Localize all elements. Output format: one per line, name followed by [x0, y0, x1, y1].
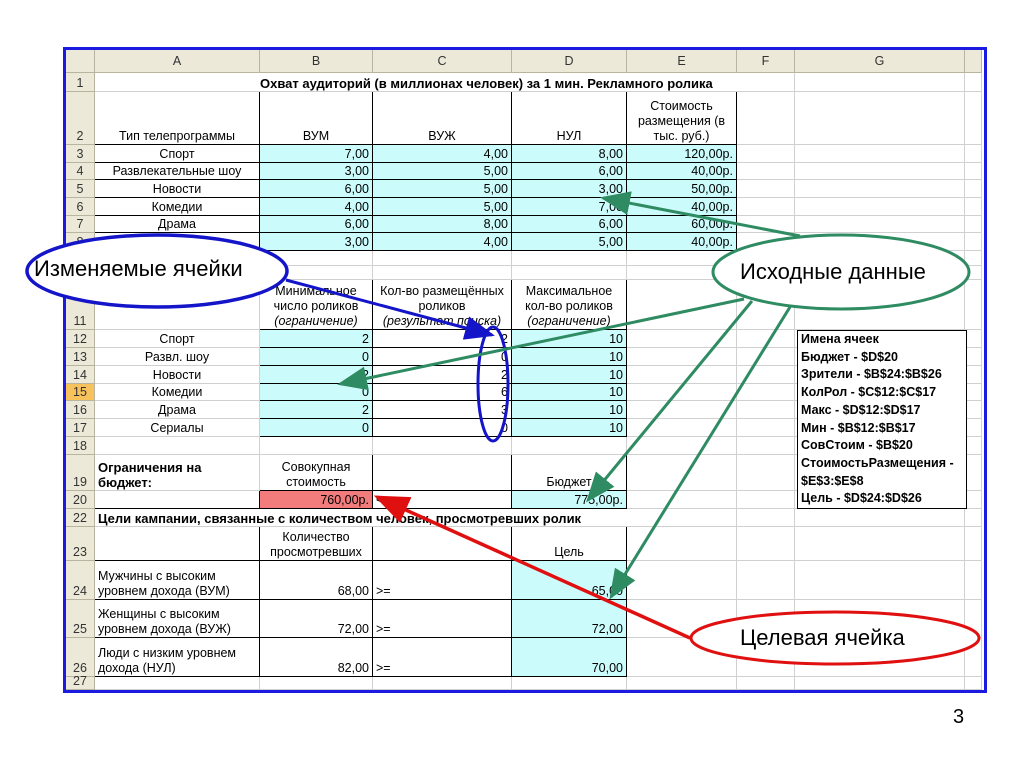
cell-e[interactable] — [627, 561, 737, 600]
cell-h[interactable] — [965, 509, 982, 527]
select-all-corner[interactable] — [66, 50, 95, 73]
cell-text-line: просмотревших — [263, 545, 369, 560]
goal-value[interactable]: 70,00 — [512, 638, 627, 677]
max-ads-cell[interactable]: 10 — [512, 366, 627, 384]
column-header-a[interactable]: A — [95, 50, 260, 73]
column-header-d[interactable]: D — [512, 50, 627, 73]
cell-c19[interactable] — [373, 455, 512, 491]
row-header-3[interactable]: 3 — [66, 145, 95, 163]
cell-h[interactable] — [965, 266, 982, 280]
vum-cell[interactable]: 6,00 — [260, 180, 373, 198]
cell-text-line: (ограничение) — [263, 314, 369, 329]
max-ads-cell[interactable]: 10 — [512, 348, 627, 366]
row-header-26[interactable]: 26 — [66, 638, 95, 677]
min-ads-cell[interactable]: 2 — [260, 330, 373, 348]
vuzh-cell[interactable]: 4,00 — [373, 145, 512, 163]
row-header-16[interactable]: 16 — [66, 401, 95, 419]
cell-a20[interactable] — [95, 491, 260, 509]
cell-text-line: Кол-во размещённых — [376, 284, 508, 299]
total-cost-value[interactable]: 760,00р. — [260, 491, 373, 509]
cell-e[interactable] — [627, 638, 737, 677]
row-header-27[interactable]: 27 — [66, 677, 95, 690]
cell-e[interactable] — [627, 677, 737, 690]
cell-g[interactable] — [795, 180, 965, 198]
cost-cell[interactable]: 60,00р. — [627, 216, 737, 233]
cell-f[interactable] — [737, 73, 795, 92]
cell-text-line: Люди с низким уровнем — [98, 646, 256, 661]
cell-h[interactable] — [965, 677, 982, 690]
row-header-4[interactable]: 4 — [66, 163, 95, 180]
cell-g[interactable] — [795, 145, 965, 163]
ads-program-type-cell[interactable]: Развл. шоу — [95, 348, 260, 366]
nul-cell[interactable]: 8,00 — [512, 145, 627, 163]
total-cost-label[interactable]: Совокупнаястоимость — [260, 455, 373, 491]
placed-ads-cell[interactable]: 0 — [373, 348, 512, 366]
program-type-cell[interactable]: Драма — [95, 216, 260, 233]
nul-cell[interactable]: 5,00 — [512, 233, 627, 251]
cell-f[interactable] — [737, 491, 795, 509]
cell-name-entry: Бюджет - $D$20 — [798, 349, 966, 367]
cell-h[interactable] — [965, 419, 982, 437]
cell-text-line: кол-во роликов — [515, 299, 623, 314]
program-type-cell[interactable]: Спорт — [95, 145, 260, 163]
cell-e[interactable] — [627, 266, 737, 280]
ads-program-type-cell[interactable]: Новости — [95, 366, 260, 384]
cell-f[interactable] — [737, 163, 795, 180]
target-cell-label: Целевая ячейка — [740, 625, 905, 651]
row-header-18[interactable]: 18 — [66, 437, 95, 455]
budget-label[interactable]: Бюджет — [512, 455, 627, 491]
cell-e[interactable] — [627, 527, 737, 561]
ads-program-type-cell[interactable]: Спорт — [95, 330, 260, 348]
cell-text-line: Ограничения на — [98, 460, 256, 475]
header-nul[interactable]: НУЛ — [512, 92, 627, 145]
cell-d[interactable] — [512, 437, 627, 455]
cell-d[interactable] — [512, 266, 627, 280]
cell-text-line: (ограничение) — [515, 314, 623, 329]
cell-g[interactable] — [795, 280, 965, 330]
cell-h[interactable] — [965, 401, 982, 419]
cell-name-entry: СтоимостьРазмещения - — [798, 455, 966, 473]
goal-value[interactable]: 65,00 — [512, 561, 627, 600]
cell-name-entry: Макс - $D$12:$D$17 — [798, 402, 966, 420]
cell-e[interactable] — [627, 419, 737, 437]
vum-cell[interactable]: 6,00 — [260, 216, 373, 233]
cell-f[interactable] — [737, 280, 795, 330]
cell-g[interactable] — [795, 509, 965, 527]
ads-program-type-cell[interactable]: Драма — [95, 401, 260, 419]
cell-f[interactable] — [737, 233, 795, 251]
goal-operator[interactable]: >= — [373, 561, 512, 600]
cell-b[interactable] — [260, 266, 373, 280]
cell-f[interactable] — [737, 384, 795, 401]
cell-e[interactable] — [627, 348, 737, 366]
cell-g[interactable] — [795, 198, 965, 216]
row-header-25[interactable]: 25 — [66, 600, 95, 638]
row-header-2[interactable]: 2 — [66, 92, 95, 145]
cell-e[interactable] — [627, 251, 737, 266]
cell-f[interactable] — [737, 509, 795, 527]
column-header-f[interactable]: F — [737, 50, 795, 73]
min-ads-cell[interactable]: 2 — [260, 401, 373, 419]
changeable-cells-label: Изменяемые ячейки — [34, 256, 243, 282]
cell-h[interactable] — [965, 198, 982, 216]
cell-h[interactable] — [965, 561, 982, 600]
row-header-12[interactable]: 12 — [66, 330, 95, 348]
cost-cell[interactable]: 40,00р. — [627, 163, 737, 180]
max-ads-cell[interactable]: 10 — [512, 330, 627, 348]
goal-operator[interactable]: >= — [373, 638, 512, 677]
audience-segment-label[interactable]: Люди с низким уровнемдохода (НУЛ) — [95, 638, 260, 677]
ads-program-type-cell[interactable]: Комедии — [95, 384, 260, 401]
vum-cell[interactable]: 4,00 — [260, 198, 373, 216]
cell-b[interactable] — [260, 251, 373, 266]
cell-f[interactable] — [737, 145, 795, 163]
program-type-cell[interactable] — [95, 233, 260, 251]
cell-text-line: тыс. руб.) — [630, 129, 733, 144]
cell-text-line: роликов — [376, 299, 508, 314]
program-type-cell[interactable]: Комедии — [95, 198, 260, 216]
cell-g[interactable] — [795, 73, 965, 92]
cell-g[interactable] — [795, 216, 965, 233]
cell-c[interactable] — [373, 251, 512, 266]
cell-text-line: уровнем дохода (ВУЖ) — [98, 622, 256, 637]
cell-a[interactable] — [95, 437, 260, 455]
cell-d[interactable] — [512, 251, 627, 266]
row-header-5[interactable]: 5 — [66, 180, 95, 198]
cell-h[interactable] — [965, 73, 982, 92]
cell-h[interactable] — [965, 251, 982, 266]
cell-e[interactable] — [627, 509, 737, 527]
vum-cell[interactable]: 3,00 — [260, 233, 373, 251]
header-placed-ads[interactable]: Кол-во размещённыхроликов(результат поис… — [373, 280, 512, 330]
row-header-20[interactable]: 20 — [66, 491, 95, 509]
cell-text-line: Мужчины с высоким — [98, 569, 256, 584]
cost-cell[interactable]: 120,00р. — [627, 145, 737, 163]
audience-segment-label[interactable]: Мужчины с высокимуровнем дохода (ВУМ) — [95, 561, 260, 600]
cell-a[interactable] — [95, 677, 260, 690]
placed-ads-cell[interactable]: 2 — [373, 366, 512, 384]
goals-title[interactable]: Цели кампании, связанные с количеством ч… — [95, 509, 627, 527]
cell-f[interactable] — [737, 527, 795, 561]
header-cost[interactable]: Стоимостьразмещения (втыс. руб.) — [627, 92, 737, 145]
cell-h[interactable] — [965, 455, 982, 491]
cell-g[interactable] — [795, 561, 965, 600]
vuzh-cell[interactable]: 5,00 — [373, 163, 512, 180]
goal-value[interactable]: 72,00 — [512, 600, 627, 638]
budget-operator[interactable]: <= — [373, 491, 512, 509]
placed-ads-cell[interactable]: 6 — [373, 384, 512, 401]
cell-name-entry: Имена ячеек — [798, 331, 966, 349]
header-min-ads[interactable]: Минимальноечисло роликов(ограничение) — [260, 280, 373, 330]
cell-g[interactable] — [795, 92, 965, 145]
vum-cell[interactable]: 7,00 — [260, 145, 373, 163]
vuzh-cell[interactable]: 5,00 — [373, 198, 512, 216]
cell-e[interactable] — [627, 366, 737, 384]
budget-value[interactable]: 775,00р. — [512, 491, 627, 509]
cell-d[interactable] — [512, 677, 627, 690]
cell-text-line: Стоимость — [630, 99, 733, 114]
source-data-label: Исходные данные — [740, 259, 926, 285]
row-header-22[interactable]: 22 — [66, 509, 95, 527]
cell-h[interactable] — [965, 216, 982, 233]
cell-text-line: бюджет: — [98, 475, 256, 490]
cell-e[interactable] — [627, 384, 737, 401]
column-header-c[interactable]: C — [373, 50, 512, 73]
cell-h[interactable] — [965, 330, 982, 348]
cell-text-line: стоимость — [263, 475, 369, 490]
nul-cell[interactable]: 6,00 — [512, 216, 627, 233]
cell-c[interactable] — [373, 677, 512, 690]
cell-name-entry: $E$3:$E$8 — [798, 473, 966, 491]
cell-f[interactable] — [737, 216, 795, 233]
row-header-11[interactable]: 11 — [66, 280, 95, 330]
header-program-type[interactable]: Тип телепрограммы — [95, 92, 260, 145]
header-max-ads[interactable]: Максимальноекол-во роликов(ограничение) — [512, 280, 627, 330]
cell-h[interactable] — [965, 180, 982, 198]
cell-f[interactable] — [737, 92, 795, 145]
cell-f[interactable] — [737, 198, 795, 216]
cell-a23[interactable] — [95, 527, 260, 561]
cell-g[interactable] — [795, 677, 965, 690]
cell-f[interactable] — [737, 419, 795, 437]
cell-f[interactable] — [737, 455, 795, 491]
column-header-b[interactable]: B — [260, 50, 373, 73]
page-number: 3 — [953, 706, 964, 729]
program-type-cell[interactable]: Развлекательные шоу — [95, 163, 260, 180]
ads-program-type-cell[interactable]: Сериалы — [95, 419, 260, 437]
cell-text-line: Женщины с высоким — [98, 607, 256, 622]
cell-a11[interactable] — [95, 280, 260, 330]
cell-b[interactable] — [260, 437, 373, 455]
row-header-1[interactable]: 1 — [66, 73, 95, 92]
viewers-value[interactable]: 68,00 — [260, 561, 373, 600]
cell-f[interactable] — [737, 677, 795, 690]
cell-h[interactable] — [965, 280, 982, 330]
row-header-15[interactable]: 15 — [66, 384, 95, 401]
cell-e[interactable] — [627, 437, 737, 455]
cell-g[interactable] — [795, 233, 965, 251]
row-header-7[interactable]: 7 — [66, 216, 95, 233]
row-header-6[interactable]: 6 — [66, 198, 95, 216]
max-ads-cell[interactable]: 10 — [512, 419, 627, 437]
row-header-17[interactable]: 17 — [66, 419, 95, 437]
cell-c23[interactable] — [373, 527, 512, 561]
vuzh-cell[interactable]: 5,00 — [373, 180, 512, 198]
cell-e[interactable] — [627, 491, 737, 509]
header-vuzh[interactable]: ВУЖ — [373, 92, 512, 145]
cell-text-line: дохода (НУЛ) — [98, 661, 256, 676]
cell-name-entry: СовСтоим - $B$20 — [798, 437, 966, 455]
nul-cell[interactable]: 3,00 — [512, 180, 627, 198]
min-ads-cell[interactable]: 0 — [260, 419, 373, 437]
cell-h[interactable] — [965, 92, 982, 145]
placed-ads-cell[interactable]: 2 — [373, 330, 512, 348]
nul-cell[interactable]: 7,00 — [512, 198, 627, 216]
cell-f[interactable] — [737, 330, 795, 348]
viewers-label[interactable]: Количествопросмотревших — [260, 527, 373, 561]
cell-name-entry: Зрители - $B$24:$B$26 — [798, 366, 966, 384]
column-header-h[interactable] — [965, 50, 982, 73]
cost-cell[interactable]: 40,00р. — [627, 198, 737, 216]
title-cell[interactable]: Охват аудиторий (в миллионах человек) за… — [95, 73, 737, 92]
cell-h[interactable] — [965, 163, 982, 180]
cell-name-entry: КолРол - $C$12:$C$17 — [798, 384, 966, 402]
cell-h[interactable] — [965, 366, 982, 384]
goal-label[interactable]: Цель — [512, 527, 627, 561]
program-type-cell[interactable]: Новости — [95, 180, 260, 198]
cell-f[interactable] — [737, 180, 795, 198]
cell-f[interactable] — [737, 401, 795, 419]
cell-h[interactable] — [965, 638, 982, 677]
min-ads-cell[interactable]: 0 — [260, 384, 373, 401]
cell-h[interactable] — [965, 527, 982, 561]
row-header-24[interactable]: 24 — [66, 561, 95, 600]
cell-h[interactable] — [965, 437, 982, 455]
goal-operator[interactable]: >= — [373, 600, 512, 638]
placed-ads-cell[interactable]: 3 — [373, 401, 512, 419]
column-header-e[interactable]: E — [627, 50, 737, 73]
budget-constraints-label[interactable]: Ограничения набюджет: — [95, 455, 260, 491]
vuzh-cell[interactable]: 8,00 — [373, 216, 512, 233]
cell-c[interactable] — [373, 437, 512, 455]
cost-cell[interactable]: 40,00р. — [627, 233, 737, 251]
cell-f[interactable] — [737, 348, 795, 366]
cell-text-line: Количество — [263, 530, 369, 545]
cell-h[interactable] — [965, 348, 982, 366]
max-ads-cell[interactable]: 10 — [512, 384, 627, 401]
cell-e[interactable] — [627, 401, 737, 419]
cell-e[interactable] — [627, 600, 737, 638]
placed-ads-cell[interactable]: 0 — [373, 419, 512, 437]
viewers-value[interactable]: 72,00 — [260, 600, 373, 638]
cell-name-entry: Мин - $B$12:$B$17 — [798, 420, 966, 438]
audience-segment-label[interactable]: Женщины с высокимуровнем дохода (ВУЖ) — [95, 600, 260, 638]
cost-cell[interactable]: 50,00р. — [627, 180, 737, 198]
row-header-13[interactable]: 13 — [66, 348, 95, 366]
cell-f[interactable] — [737, 437, 795, 455]
row-header-14[interactable]: 14 — [66, 366, 95, 384]
column-header-g[interactable]: G — [795, 50, 965, 73]
min-ads-cell[interactable]: 2 — [260, 366, 373, 384]
nul-cell[interactable]: 6,00 — [512, 163, 627, 180]
cell-h[interactable] — [965, 233, 982, 251]
cell-f[interactable] — [737, 561, 795, 600]
row-header-23[interactable]: 23 — [66, 527, 95, 561]
cell-text-line: уровнем дохода (ВУМ) — [98, 584, 256, 599]
cell-text-line: Совокупная — [263, 460, 369, 475]
row-header-19[interactable]: 19 — [66, 455, 95, 491]
cell-g[interactable] — [795, 527, 965, 561]
cell-text-line: размещения (в — [630, 114, 733, 129]
viewers-value[interactable]: 82,00 — [260, 638, 373, 677]
cell-f[interactable] — [737, 366, 795, 384]
vum-cell[interactable]: 3,00 — [260, 163, 373, 180]
cell-text-line: (результат поиска) — [376, 314, 508, 329]
cell-e[interactable] — [627, 455, 737, 491]
row-header-8[interactable]: 8 — [66, 233, 95, 251]
cell-g[interactable] — [795, 163, 965, 180]
cell-b[interactable] — [260, 677, 373, 690]
cell-e[interactable] — [627, 330, 737, 348]
cell-h[interactable] — [965, 384, 982, 401]
cell-h[interactable] — [965, 491, 982, 509]
cell-name-entry: Цель - $D$24:$D$26 — [798, 490, 966, 508]
cell-text-line: Минимальное — [263, 284, 369, 299]
cell-names-box: Имена ячеекБюджет - $D$20Зрители - $B$24… — [797, 330, 967, 509]
cell-h[interactable] — [965, 600, 982, 638]
cell-c[interactable] — [373, 266, 512, 280]
max-ads-cell[interactable]: 10 — [512, 401, 627, 419]
header-vum[interactable]: ВУМ — [260, 92, 373, 145]
cell-h[interactable] — [965, 145, 982, 163]
vuzh-cell[interactable]: 4,00 — [373, 233, 512, 251]
min-ads-cell[interactable]: 0 — [260, 348, 373, 366]
cell-e[interactable] — [627, 280, 737, 330]
cell-text-line: Максимальное — [515, 284, 623, 299]
cell-text-line: число роликов — [263, 299, 369, 314]
